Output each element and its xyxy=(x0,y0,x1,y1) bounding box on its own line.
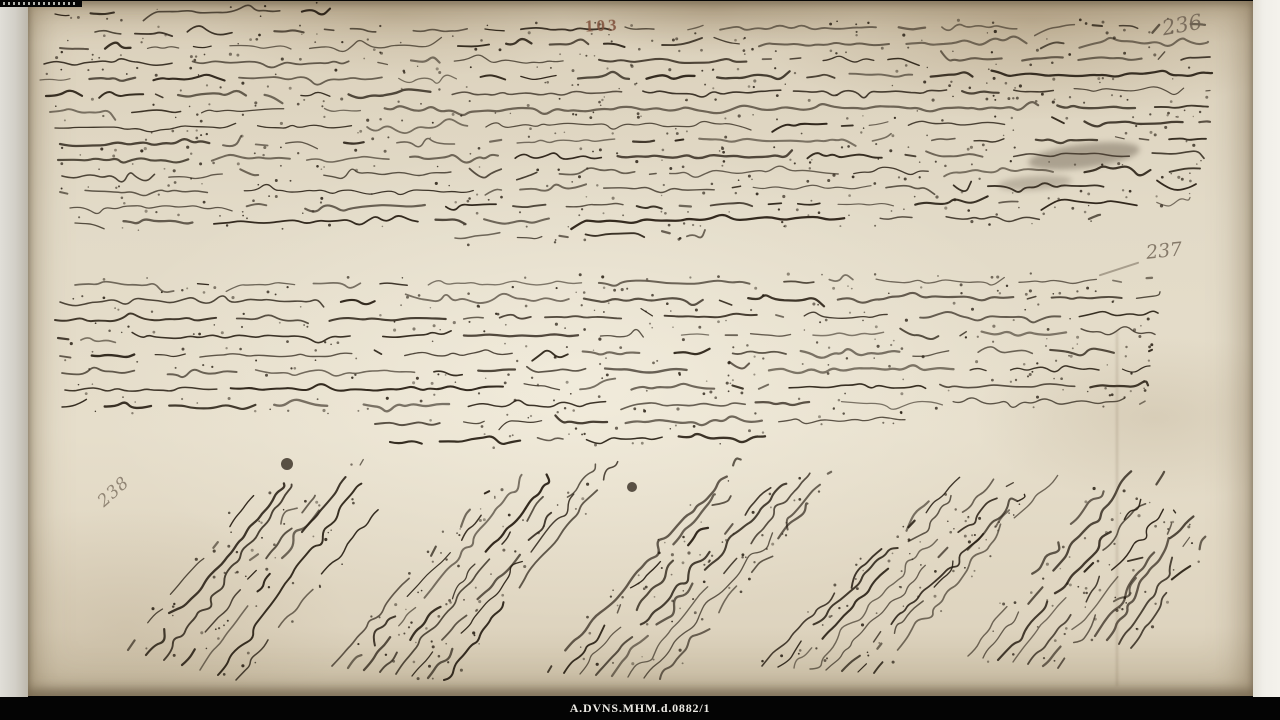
handwriting-layer xyxy=(0,0,1280,720)
footer-bar: A.DVNS.MHM.d.0882/1 xyxy=(0,697,1280,720)
page-stamp: 103 xyxy=(585,15,620,36)
scan-label-microtext xyxy=(3,2,77,5)
folio-number-middle-right: 237 xyxy=(1145,238,1183,264)
scan-root: { "scan": { "page_stamp": "103", "folio_… xyxy=(0,0,1280,720)
archive-reference: A.DVNS.MHM.d.0882/1 xyxy=(570,701,711,716)
scan-label-strip xyxy=(0,0,82,7)
paper-crease xyxy=(1116,330,1118,686)
